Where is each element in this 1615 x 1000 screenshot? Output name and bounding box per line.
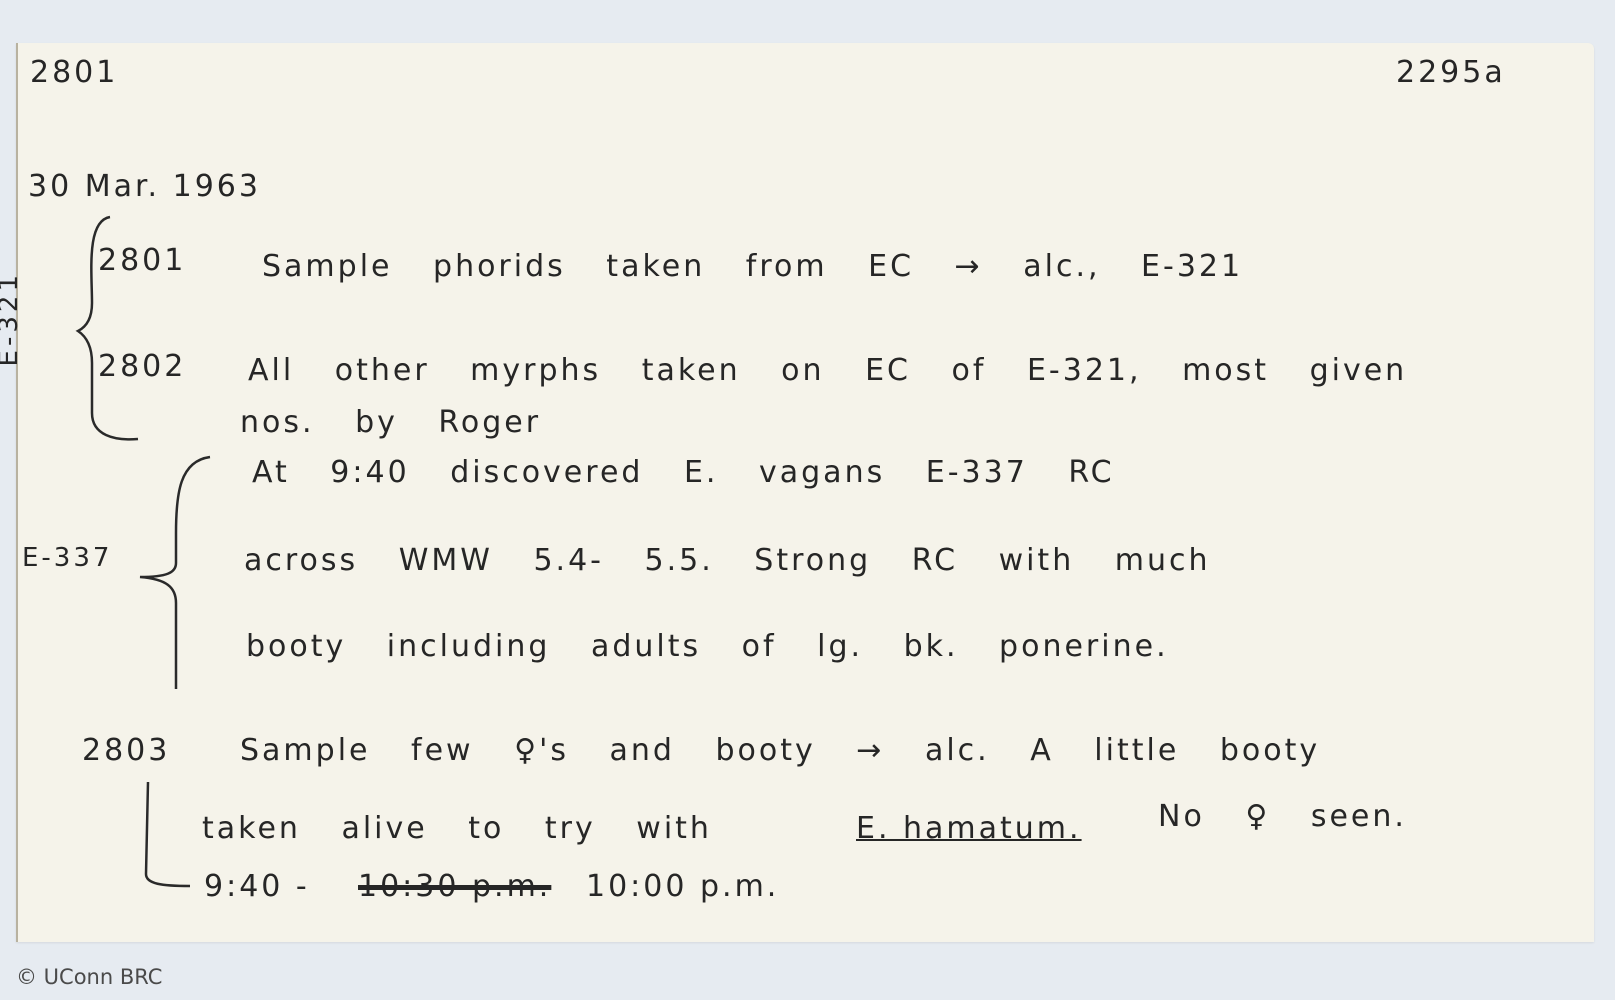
entry-2803-note: No ♀ seen. <box>1158 799 1407 834</box>
entry-2802-line1: All other myrphs taken on EC of E-321, m… <box>248 353 1407 388</box>
entry-e337-line2: across WMW 5.4- 5.5. Strong RC with much <box>244 543 1211 578</box>
struck-time: 10:30 p.m. <box>358 869 551 904</box>
entry-number-2801: 2801 <box>98 243 186 278</box>
bracket-2803 <box>142 778 202 898</box>
entry-2803-line1: Sample few ♀'s and booty → alc. A little… <box>240 733 1320 768</box>
entry-number-2802: 2802 <box>98 349 186 384</box>
date: 30 Mar. 1963 <box>28 169 261 204</box>
entry-number-2803: 2803 <box>82 733 170 768</box>
copyright-notice: © UConn BRC <box>16 965 162 989</box>
entry-2802-line2: nos. by Roger <box>240 405 541 440</box>
specimen-card: 2801 2295a 30 Mar. 1963 E-321 2801 Sampl… <box>16 43 1594 942</box>
entry-e337-line3: booty including adults of lg. bk. poneri… <box>246 629 1169 664</box>
brace-group2 <box>136 453 216 693</box>
end-time: 10:00 p.m. <box>586 869 779 904</box>
species-name: E. hamatum. <box>856 811 1082 846</box>
card-number-left: 2801 <box>30 55 118 90</box>
entry-2803-line2: taken alive to try with <box>202 811 712 846</box>
entry-e337-line1: At 9:40 discovered E. vagans E-337 RC <box>252 455 1115 490</box>
margin-label-e337: E-337 <box>22 543 112 573</box>
entry-2803-line3: 9:40 - <box>204 869 310 904</box>
margin-label-e321: E-321 <box>0 271 24 366</box>
card-number-right: 2295a <box>1396 55 1506 90</box>
entry-2801-text: Sample phorids taken from EC → alc., E-3… <box>262 249 1243 284</box>
